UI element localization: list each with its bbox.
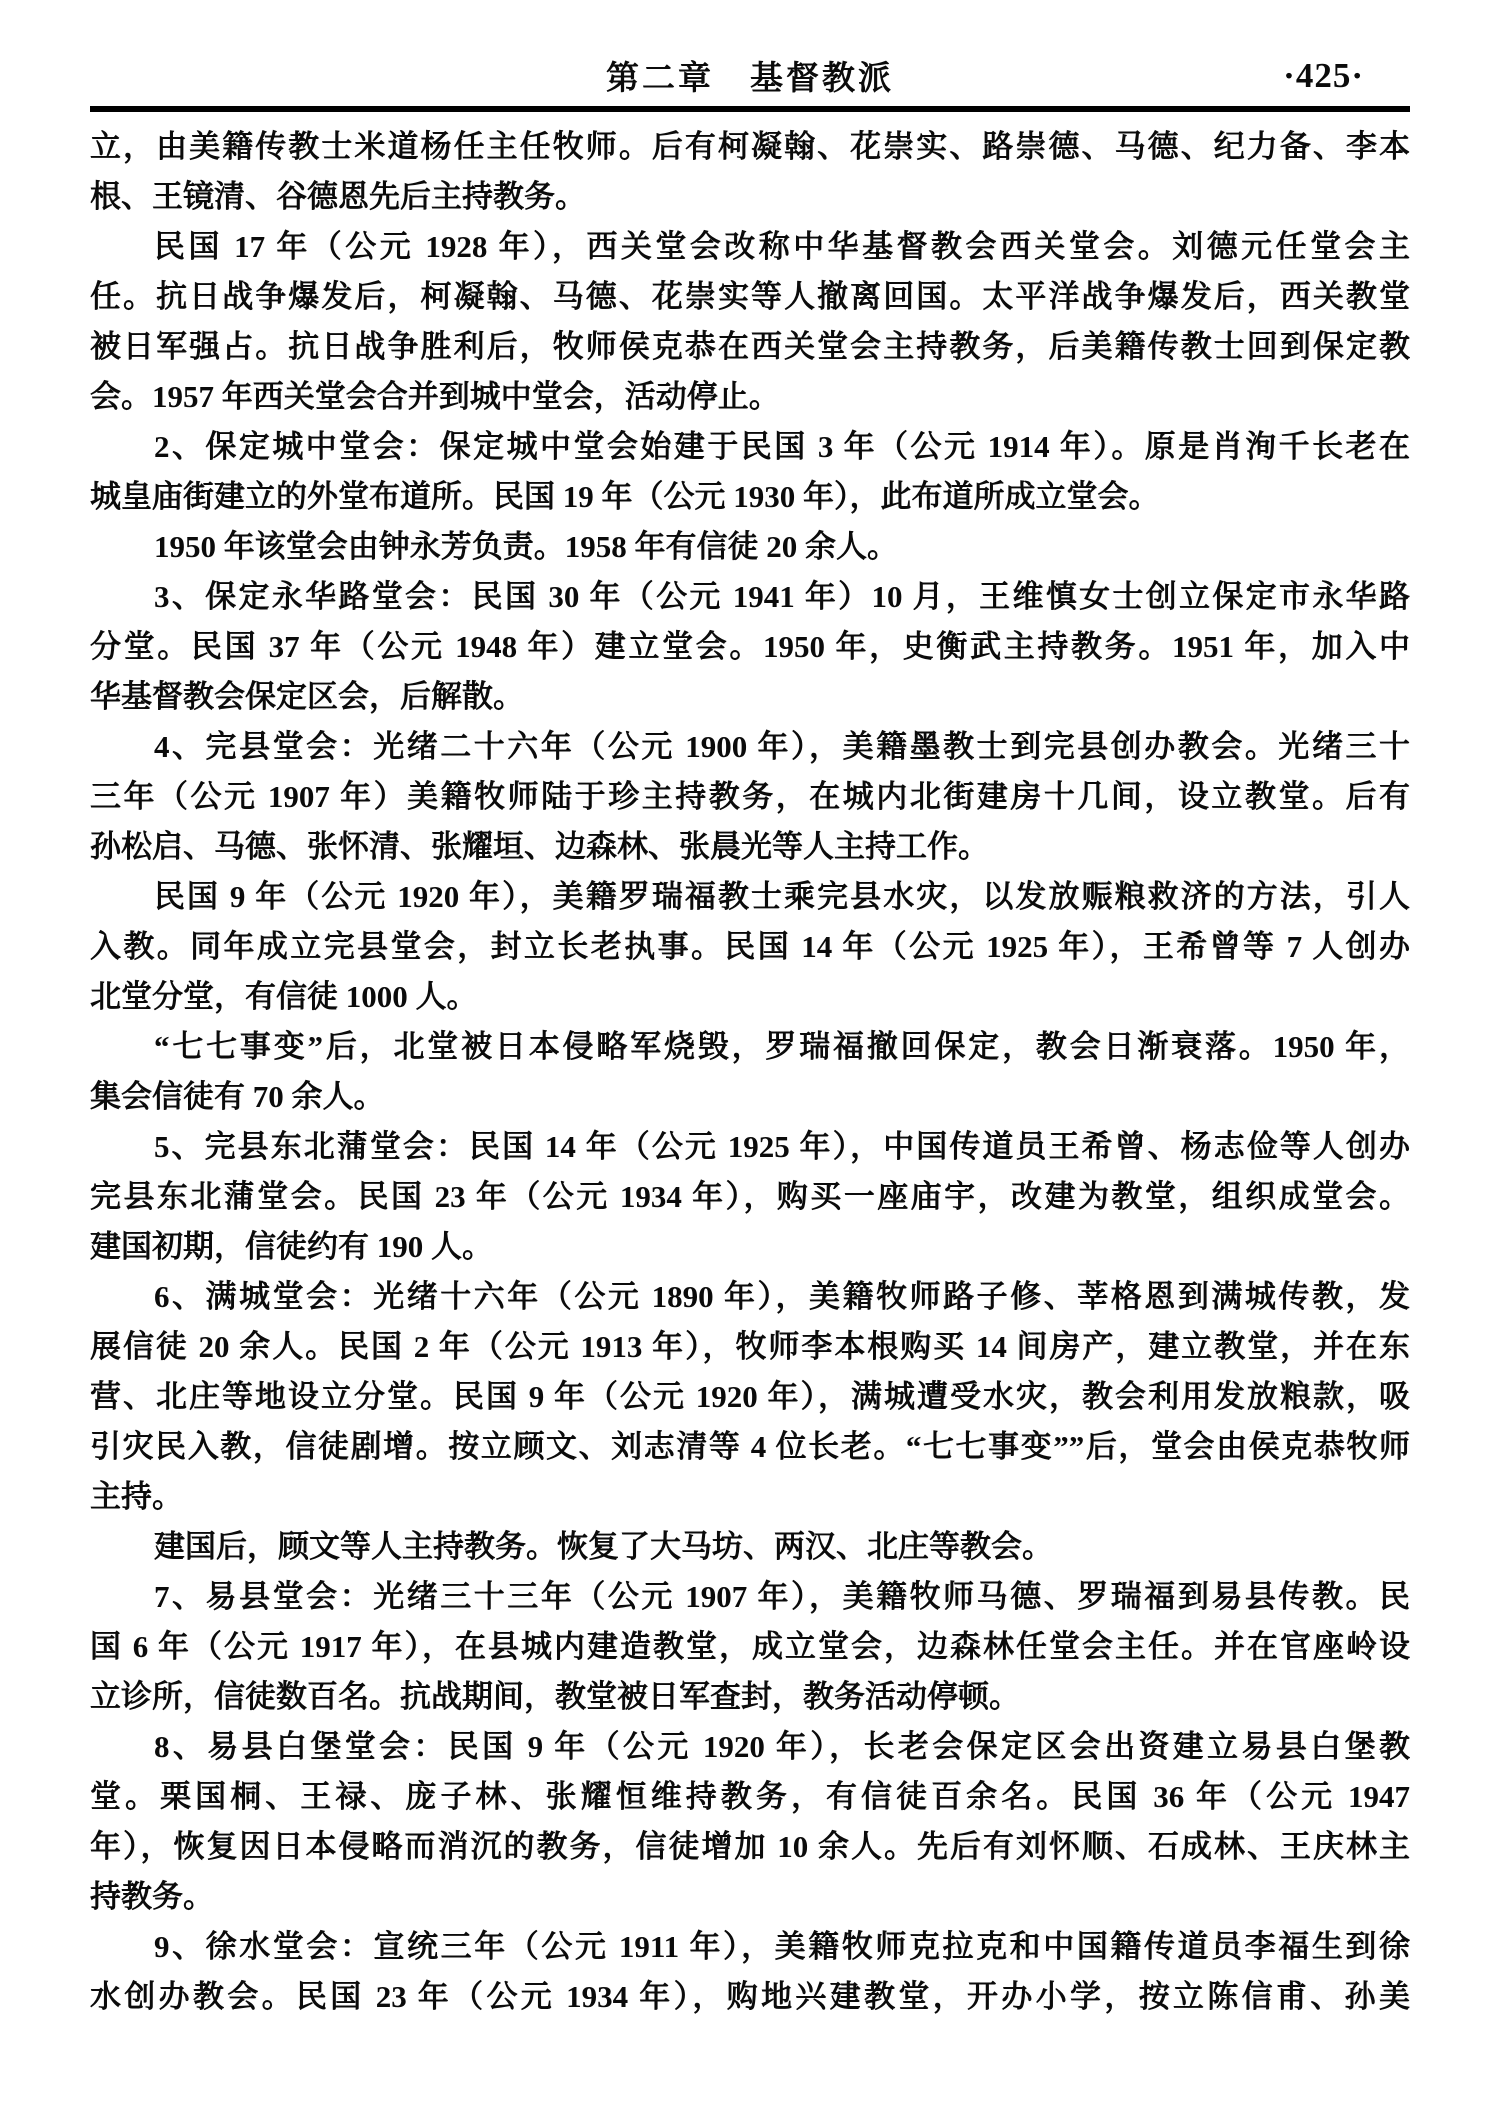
text-line: 水创办教会。民国 23 年（公元 1934 年），购地兴建教堂，开办小学，按立陈… xyxy=(90,1972,1410,2022)
text-line: 展信徒 20 余人。民国 2 年（公元 1913 年），牧师李本根购买 14 间… xyxy=(90,1322,1410,1372)
text-line: 会。1957 年西关堂会合并到城中堂会，活动停止。 xyxy=(90,372,1410,422)
text-line: 被日军强占。抗日战争胜利后，牧师侯克恭在西关堂会主持教务，后美籍传教士回到保定教 xyxy=(90,322,1410,372)
text-line: 1950 年该堂会由钟永芳负责。1958 年有信徒 20 余人。 xyxy=(90,522,1410,572)
page-body: 立，由美籍传教士米道杨任主任牧师。后有柯凝翰、花崇实、路崇德、马德、纪力备、李本… xyxy=(90,122,1410,2022)
text-line: 3、保定永华路堂会：民国 30 年（公元 1941 年）10 月，王维慎女士创立… xyxy=(90,572,1410,622)
text-line: 北堂分堂，有信徒 1000 人。 xyxy=(90,972,1410,1022)
text-line: 民国 9 年（公元 1920 年），美籍罗瑞福教士乘完县水灾，以发放赈粮救济的方… xyxy=(90,872,1410,922)
text-line: 持教务。 xyxy=(90,1872,1410,1922)
page-number: ·425· xyxy=(1283,56,1364,96)
text-line: 5、完县东北蒲堂会：民国 14 年（公元 1925 年），中国传道员王希曾、杨志… xyxy=(90,1122,1410,1172)
text-line: 完县东北蒲堂会。民国 23 年（公元 1934 年），购买一座庙宇，改建为教堂，… xyxy=(90,1172,1410,1222)
text-line: 营、北庄等地设立分堂。民国 9 年（公元 1920 年），满城遭受水灾，教会利用… xyxy=(90,1372,1410,1422)
text-line: 年），恢复因日本侵略而消沉的教务，信徒增加 10 余人。先后有刘怀顺、石成林、王… xyxy=(90,1822,1410,1872)
text-line: 立诊所，信徒数百名。抗战期间，教堂被日军查封，教务活动停顿。 xyxy=(90,1672,1410,1722)
text-line: “七七事变”后，北堂被日本侵略军烧毁，罗瑞福撤回保定，教会日渐衰落。1950 年… xyxy=(90,1022,1410,1072)
text-line: 主持。 xyxy=(90,1472,1410,1522)
text-line: 入教。同年成立完县堂会，封立长老执事。民国 14 年（公元 1925 年），王希… xyxy=(90,922,1410,972)
text-line: 三年（公元 1907 年）美籍牧师陆于珍主持教务，在城内北街建房十几间，设立教堂… xyxy=(90,772,1410,822)
text-line: 8、易县白堡堂会：民国 9 年（公元 1920 年），长老会保定区会出资建立易县… xyxy=(90,1722,1410,1772)
text-line: 民国 17 年（公元 1928 年），西关堂会改称中华基督教会西关堂会。刘德元任… xyxy=(90,222,1410,272)
text-line: 华基督教会保定区会，后解散。 xyxy=(90,672,1410,722)
text-line: 建国初期，信徒约有 190 人。 xyxy=(90,1222,1410,1272)
scanned-book-page: 第二章 基督教派 ·425· 立，由美籍传教士米道杨任主任牧师。后有柯凝翰、花崇… xyxy=(0,0,1500,2116)
text-line: 7、易县堂会：光绪三十三年（公元 1907 年），美籍牧师马德、罗瑞福到易县传教… xyxy=(90,1572,1410,1622)
text-line: 立，由美籍传教士米道杨任主任牧师。后有柯凝翰、花崇实、路崇德、马德、纪力备、李本 xyxy=(90,122,1410,172)
text-line: 建国后，顾文等人主持教务。恢复了大马坊、两汉、北庄等教会。 xyxy=(90,1522,1410,1572)
text-line: 孙松启、马德、张怀清、张耀垣、边森林、张晨光等人主持工作。 xyxy=(90,822,1410,872)
text-line: 任。抗日战争爆发后，柯凝翰、马德、花崇实等人撤离回国。太平洋战争爆发后，西关教堂 xyxy=(90,272,1410,322)
text-line: 2、保定城中堂会：保定城中堂会始建于民国 3 年（公元 1914 年）。原是肖洵… xyxy=(90,422,1410,472)
chapter-title: 第二章 基督教派 xyxy=(90,52,1410,99)
text-line: 集会信徒有 70 余人。 xyxy=(90,1072,1410,1122)
text-line: 堂。栗国桐、王禄、庞子林、张耀恒维持教务，有信徒百余名。民国 36 年（公元 1… xyxy=(90,1772,1410,1822)
text-line: 9、徐水堂会：宣统三年（公元 1911 年），美籍牧师克拉克和中国籍传道员李福生… xyxy=(90,1922,1410,1972)
text-line: 城皇庙街建立的外堂布道所。民国 19 年（公元 1930 年），此布道所成立堂会… xyxy=(90,472,1410,522)
text-line: 引灾民入教，信徒剧增。按立顾文、刘志清等 4 位长老。“七七事变””后，堂会由侯… xyxy=(90,1422,1410,1472)
text-line: 6、满城堂会：光绪十六年（公元 1890 年），美籍牧师路子修、莘格恩到满城传教… xyxy=(90,1272,1410,1322)
header-rule xyxy=(90,106,1410,112)
text-line: 4、完县堂会：光绪二十六年（公元 1900 年），美籍墨教士到完县创办教会。光绪… xyxy=(90,722,1410,772)
text-line: 根、王镜清、谷德恩先后主持教务。 xyxy=(90,172,1410,222)
text-line: 分堂。民国 37 年（公元 1948 年）建立堂会。1950 年，史衡武主持教务… xyxy=(90,622,1410,672)
page-header: 第二章 基督教派 ·425· xyxy=(90,0,1410,110)
text-line: 国 6 年（公元 1917 年），在县城内建造教堂，成立堂会，边森林任堂会主任。… xyxy=(90,1622,1410,1672)
